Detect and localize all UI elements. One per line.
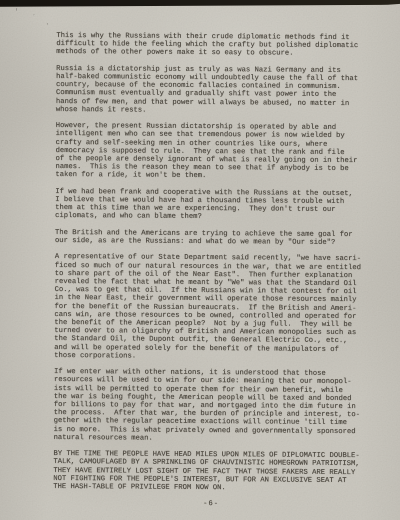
- scanned-document-page: ’ ˊ · This is why the Russians with thei…: [0, 0, 400, 520]
- typewritten-text-block: This is why the Russians with their crud…: [53, 32, 372, 510]
- paragraph: If we enter war with other nations, it i…: [53, 368, 370, 444]
- pencil-mark: ·: [45, 21, 50, 29]
- pencil-mark: ˊ: [30, 15, 36, 24]
- pencil-mark: ’: [14, 9, 21, 18]
- paragraph: BY THE TIME THE PEOPLE HAVE HEAD MILES U…: [53, 450, 369, 493]
- scan-edge-top: [0, 0, 400, 8]
- paragraph: Russia is a dictatorship just as truly a…: [56, 65, 372, 116]
- paragraph: A representative of our State Department…: [54, 253, 371, 362]
- paragraph: If we had been frank and cooperative wit…: [55, 188, 371, 223]
- paragraph: However, the present Russian dictatorshi…: [55, 122, 371, 182]
- page-number: -6-: [53, 499, 369, 509]
- paragraph: This is why the Russians with their crud…: [56, 32, 372, 59]
- paragraph: The British and the Americans are trying…: [55, 229, 371, 248]
